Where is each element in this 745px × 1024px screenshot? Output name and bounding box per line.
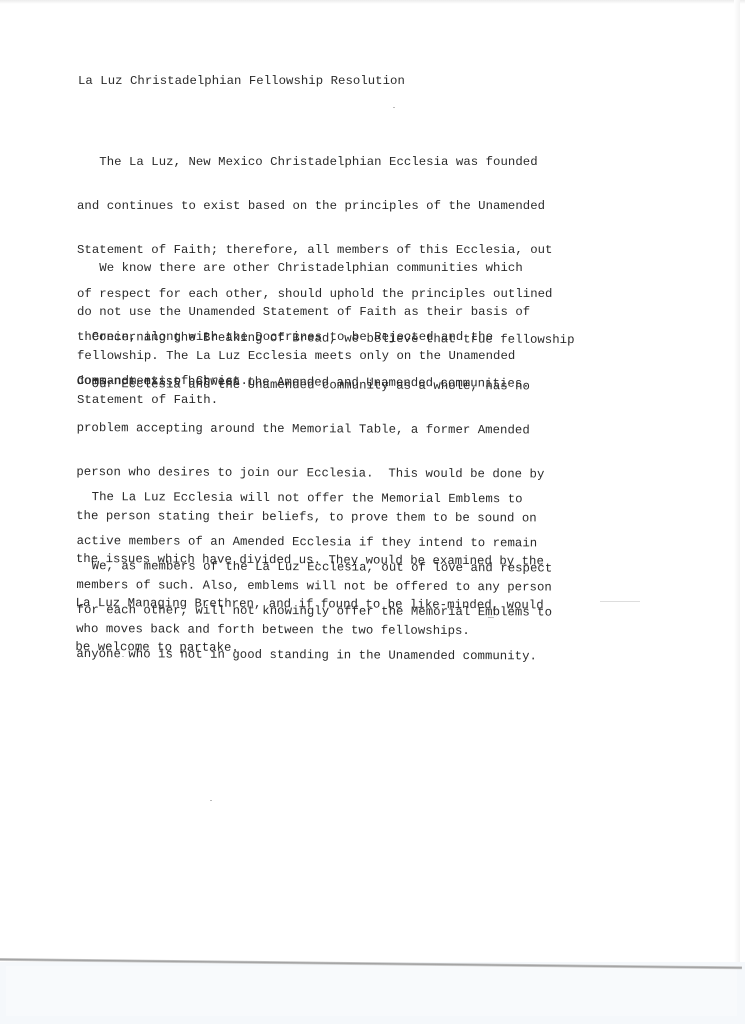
text-line: The La Luz Ecclesia will not offer the M… [77, 490, 553, 507]
text-line: anyone who is not in good standing in th… [76, 647, 552, 664]
scan-top-shadow [0, 0, 745, 4]
text-line: for each other, will not knowingly offer… [77, 603, 553, 620]
text-line: Our Ecclesia and the Unamended community… [77, 377, 545, 394]
text-line: We, as members of the La Luz Ecclesia, o… [77, 559, 553, 576]
scan-speck [210, 800, 212, 801]
paragraph-good-standing: We, as members of the La Luz Ecclesia, o… [76, 530, 552, 693]
document-title: La Luz Christadelphian Fellowship Resolu… [78, 74, 405, 88]
scanned-page: La Luz Christadelphian Fellowship Resolu… [0, 0, 740, 965]
text-line: Concerning the Breaking of Bread, we bel… [77, 330, 575, 348]
scanner-bed [0, 962, 745, 1024]
text-line: and continues to exist based on the prin… [77, 199, 552, 214]
scan-right-shadow [734, 0, 740, 965]
scan-speck [488, 617, 494, 618]
scan-speck [393, 107, 395, 108]
scan-speck [122, 656, 124, 657]
scan-smudge [600, 601, 640, 602]
text-line: problem accepting around the Memorial Ta… [77, 421, 545, 438]
text-line: The La Luz, New Mexico Christadelphian E… [77, 155, 552, 170]
text-line: We know there are other Christadelphian … [77, 261, 530, 276]
